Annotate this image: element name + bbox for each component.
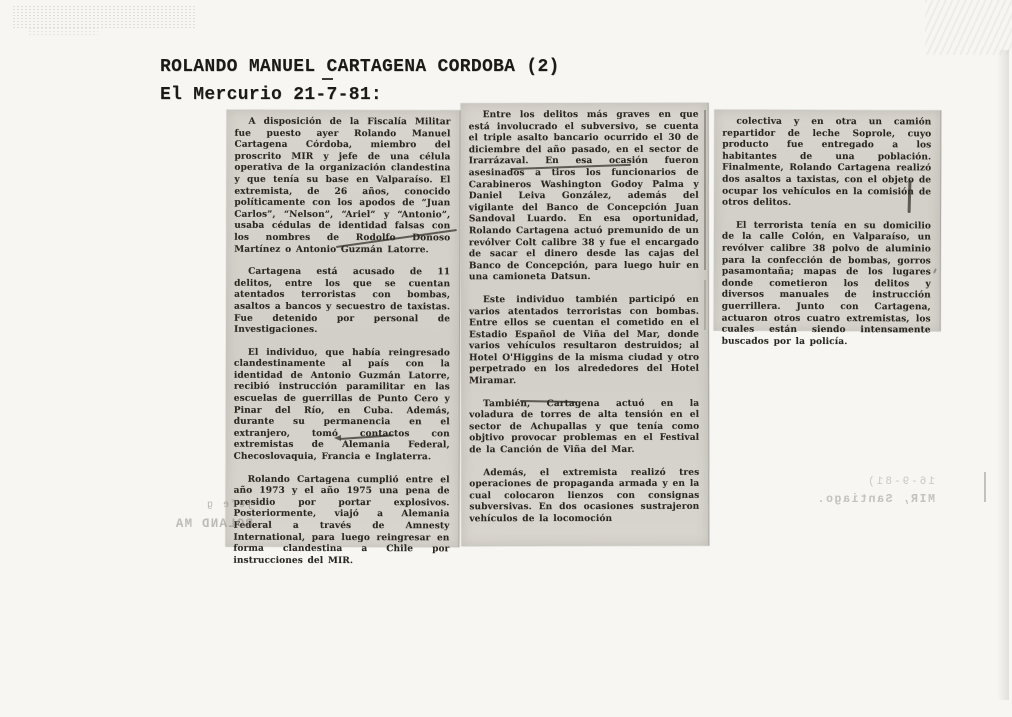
article-paragraph: Rolando Cartagena cumplió entre el año 1… [233, 474, 449, 567]
document-title: ROLANDO MANUEL CARTAGENA CORDOBA (2) [160, 57, 560, 77]
bleed-through-text-bottom-left: jefe g ROLAND MA [125, 500, 253, 531]
fold-line-col2-edge [704, 110, 706, 270]
scan-smudge-top-right [925, 0, 1012, 55]
document-subtitle: El Mercurio 21-7-81: [160, 85, 382, 105]
article-paragraph: También, Cartagena actuó en la voladura … [469, 398, 699, 456]
scan-noise-top-left [12, 5, 197, 29]
article-paragraph: El terrorista tenía en su domicilio de l… [722, 220, 931, 348]
bleed-through-line: ROLAND MA [125, 517, 253, 531]
newspaper-clipping-column-1: A disposición de la Fiscalía Militar fue… [225, 110, 460, 548]
article-paragraph: El individuo, que había reingresado clan… [234, 347, 450, 464]
article-paragraph: colectiva y en otra un camión repartidor… [722, 117, 931, 210]
newspaper-clipping-column-2: Entre los delitos más graves en que está… [461, 103, 710, 546]
bleed-through-line: MIR, Santiago. [790, 493, 935, 506]
fold-mark-right-margin [984, 472, 986, 502]
title-underline-mark [322, 78, 333, 80]
article-paragraph: Además, el extremista realizó tres opera… [469, 467, 699, 525]
scan-noise-top-left-2 [28, 27, 98, 35]
bleed-through-line: 16-9-81) [790, 476, 935, 488]
article-paragraph: Este individuo también participó en vari… [469, 295, 699, 388]
scanned-document-page: ROLANDO MANUEL CARTAGENA CORDOBA (2) El … [0, 0, 1012, 717]
bleed-through-line: jefe g [125, 500, 253, 511]
fold-line-col2-edge-lower [704, 280, 706, 330]
article-paragraph: Cartagena está acusado de 11 delitos, en… [234, 267, 450, 337]
scan-streak-right-edge [997, 50, 1009, 700]
article-paragraph: Entre los delitos más graves en que está… [469, 110, 699, 284]
newspaper-clipping-column-3: colectiva y en otra un camión repartidor… [714, 110, 942, 332]
pen-arrowhead-col1 [334, 435, 341, 441]
bleed-through-text-bottom-right: 16-9-81) MIR, Santiago. [790, 476, 935, 506]
